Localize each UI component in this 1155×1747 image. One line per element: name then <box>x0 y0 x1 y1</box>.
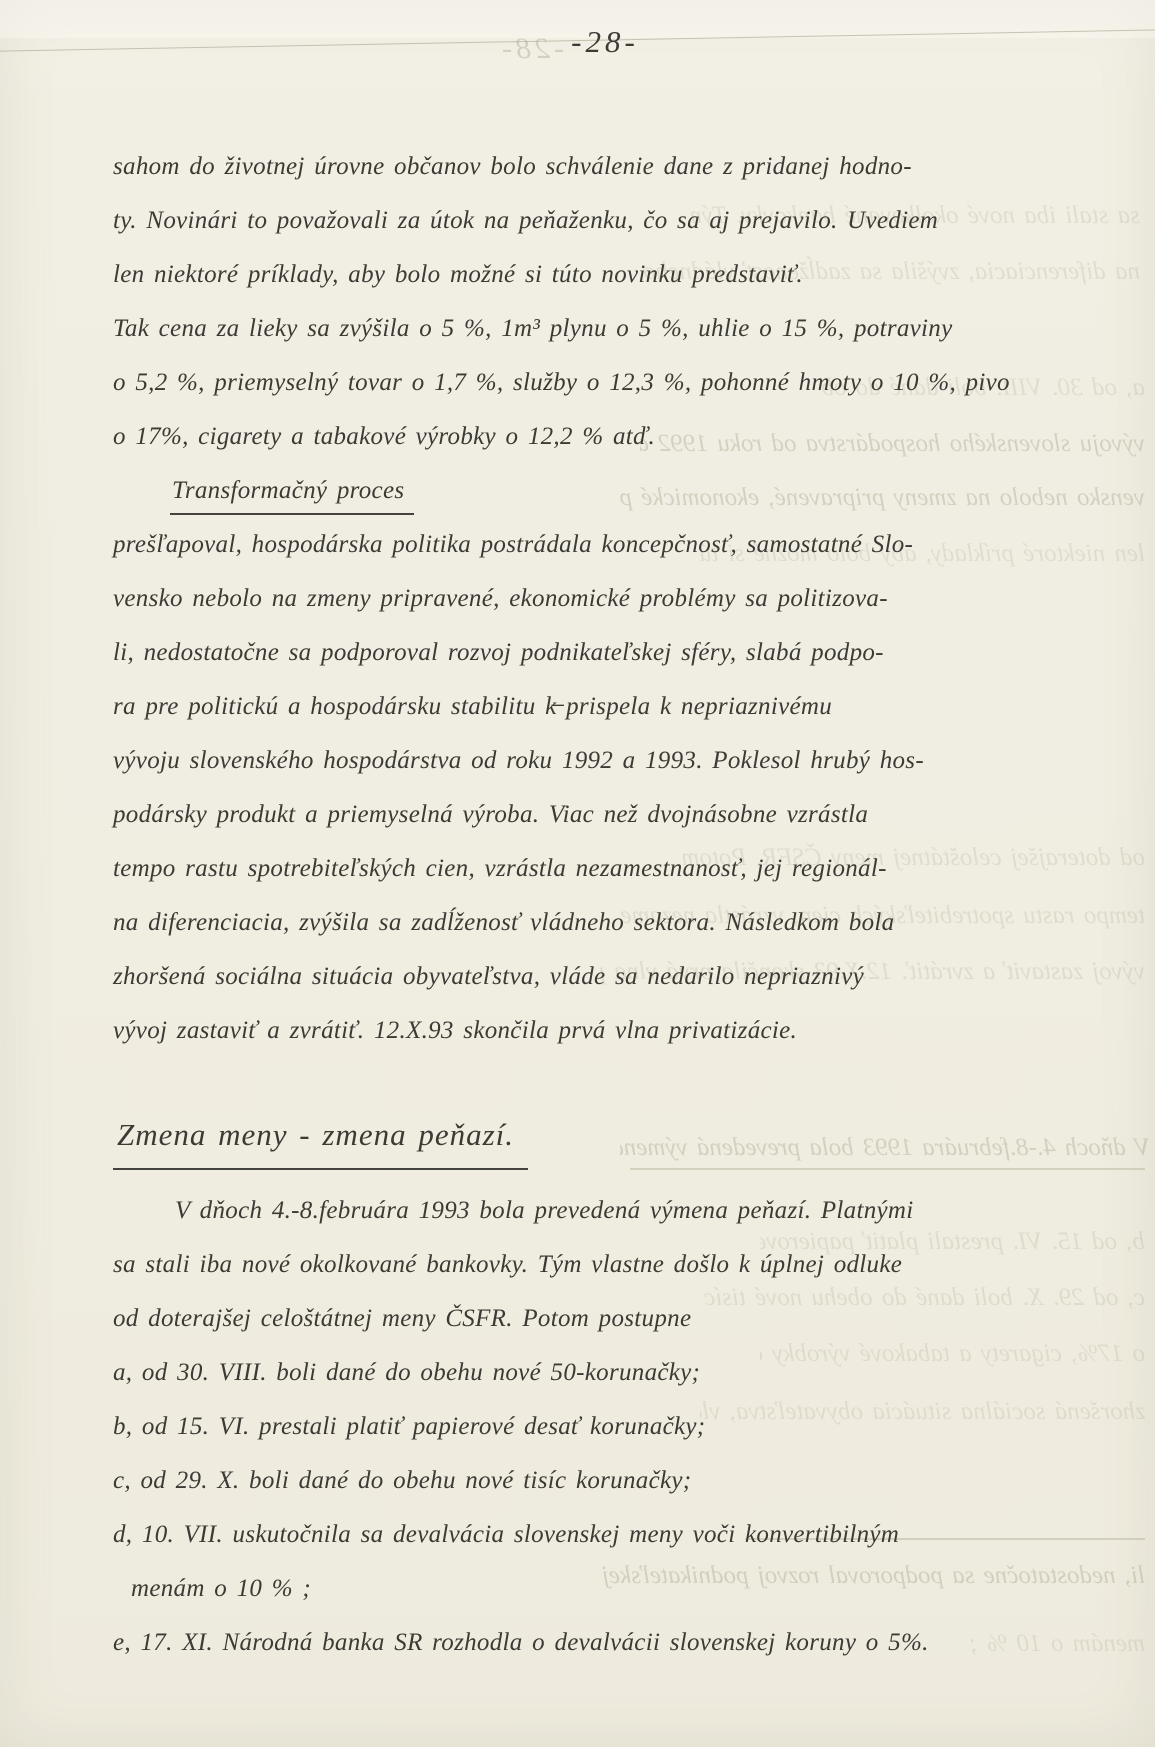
list-item-e: e, 17. XI. Národná banka SR rozhodla o d… <box>113 1616 1065 1670</box>
paragraph-line: podársky produkt a priemyselná výroba. V… <box>113 788 1065 842</box>
page-number: -28- <box>0 24 1155 60</box>
paragraph-line: na diferenciacia, zvýšila sa zadĺženosť … <box>113 896 1065 950</box>
scanned-manuscript-page: -28- -28- sa stali iba nové okolkované b… <box>0 0 1155 1747</box>
paragraph-line: vývoju slovenského hospodárstva od roku … <box>113 734 1065 788</box>
list-item-d: d, 10. VII. uskutočnila sa devalvácia sl… <box>113 1508 1065 1562</box>
paragraph-line: o 5,2 %, priemyselný tovar o 1,7 %, služ… <box>113 356 1065 410</box>
paragraph-line: ra pre politickú a hospodársku stabilitu… <box>113 680 1065 734</box>
paragraph-line: zhoršená sociálna situácia obyvateľstva,… <box>113 950 1065 1004</box>
paragraph-line: tempo rastu spotrebiteľských cien, vzrás… <box>113 842 1065 896</box>
list-item-d-continuation: menám o 10 % ; <box>113 1562 1065 1616</box>
section-heading-transformacny-proces: Transformačný proces <box>113 464 1065 518</box>
paragraph-line: sa stali iba nové okolkované bankovky. T… <box>113 1238 1065 1292</box>
paragraph-line: vývoj zastaviť a zvrátiť. 12.X.93 skonči… <box>113 1004 1065 1058</box>
section-heading-zmena-meny: Zmena meny - zmena peňazí. <box>113 1106 1065 1176</box>
paragraph-line: od doterajšej celoštátnej meny ČSFR. Pot… <box>113 1292 1065 1346</box>
manuscript-body: sahom do životnej úrovne občanov bolo sc… <box>113 140 1065 1670</box>
paragraph-line: Tak cena za lieky sa zvýšila o 5 %, 1m³ … <box>113 302 1065 356</box>
paragraph-line: o 17%, cigarety a tabakové výrobky o 12,… <box>113 410 1065 464</box>
paragraph-line: vensko nebolo na zmeny pripravené, ekono… <box>113 572 1065 626</box>
paragraph-line: len niektoré príklady, aby bolo možné si… <box>113 248 1065 302</box>
list-item-a: a, od 30. VIII. boli dané do obehu nové … <box>113 1346 1065 1400</box>
paragraph-line: ty. Novinári to považovali za útok na pe… <box>113 194 1065 248</box>
paragraph-line: V dňoch 4.-8.februára 1993 bola preveden… <box>113 1184 1065 1238</box>
paragraph-line: prešľapoval, hospodárska politika postrá… <box>113 518 1065 572</box>
paragraph-line: li, nedostatočne sa podporoval rozvoj po… <box>113 626 1065 680</box>
list-item-c: c, od 29. X. boli dané do obehu nové tis… <box>113 1454 1065 1508</box>
list-item-b: b, od 15. VI. prestali platiť papierové … <box>113 1400 1065 1454</box>
paragraph-line: sahom do životnej úrovne občanov bolo sc… <box>113 140 1065 194</box>
